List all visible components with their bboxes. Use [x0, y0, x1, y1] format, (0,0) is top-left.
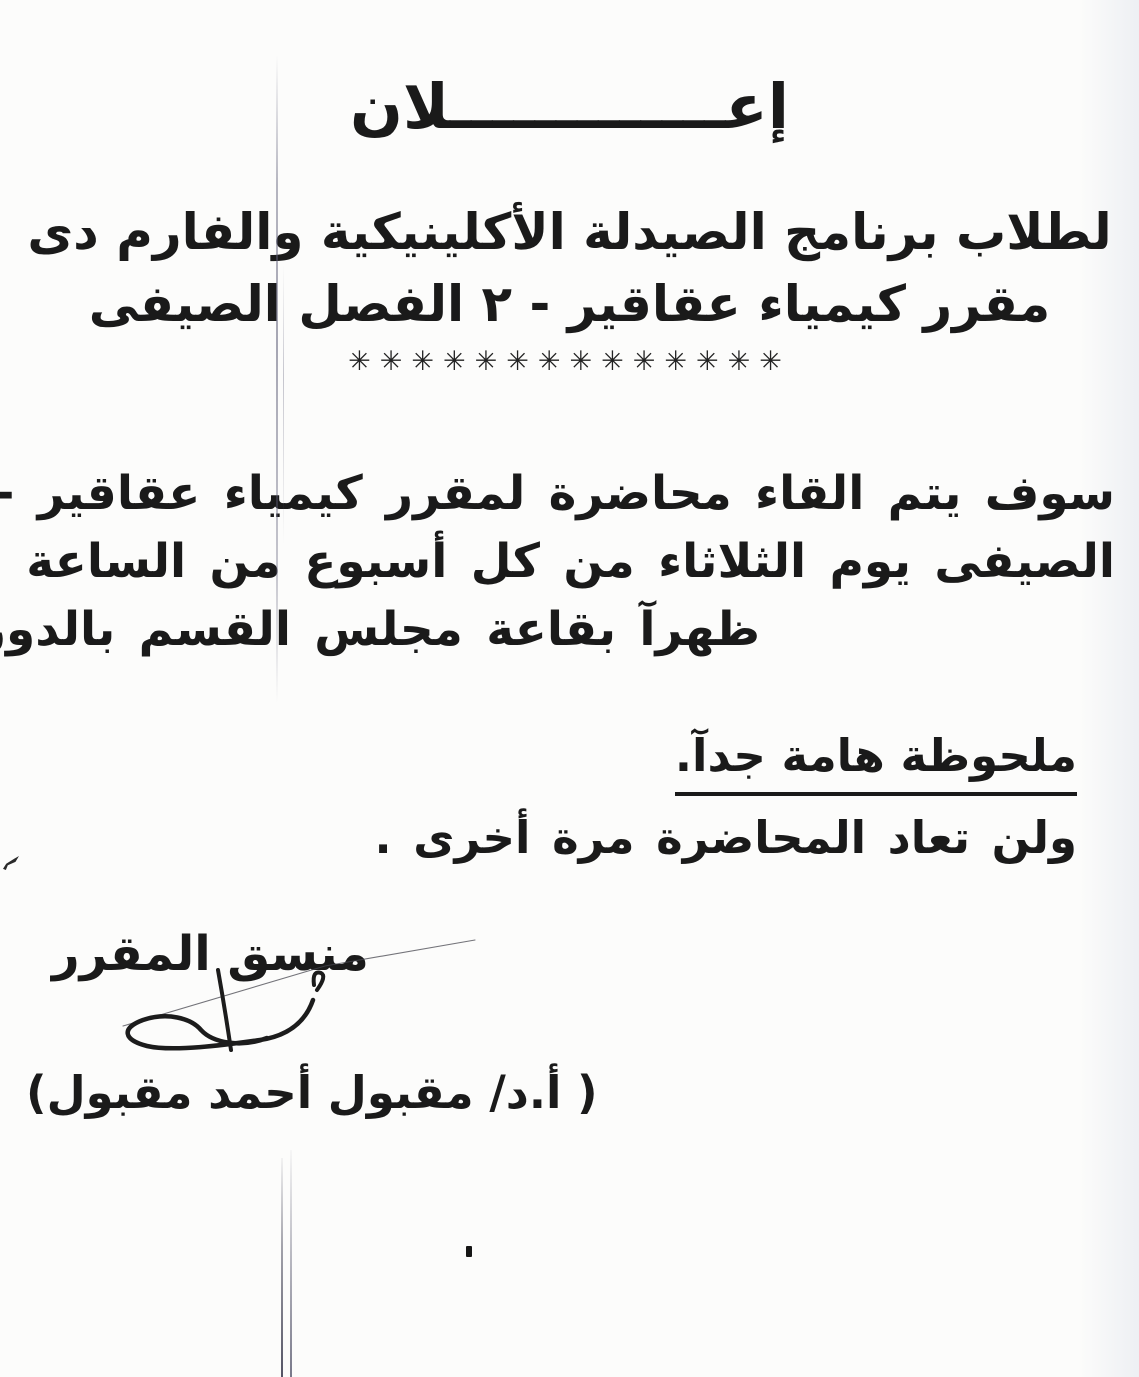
- announcement-header: لطلاب برنامج الصيدلة الأكلينيكية والفارم…: [0, 196, 1139, 340]
- header-line-audience: لطلاب برنامج الصيدلة الأكلينيكية والفارم…: [0, 196, 1139, 268]
- handwritten-signature: [55, 928, 495, 1083]
- left-edge-ink-mark: [3, 856, 19, 870]
- body-line-1: سوف يتم القاء محاضرة لمقرر كيمياء عقاقير…: [20, 460, 1115, 528]
- scan-fold-line-lower: [281, 1158, 283, 1377]
- note-heading: ملحوظة هامة جدآ.: [675, 726, 1077, 796]
- scan-fold-line-lower-secondary: [290, 1150, 292, 1377]
- important-note: ملحوظة هامة جدآ. ولن تعاد المحاضرة مرة أ…: [375, 726, 1077, 868]
- body-line-3: ظهرآ بقاعة مجلس القسم بالدور الثالث .: [20, 596, 760, 664]
- scan-fold-line-upper-secondary: [283, 265, 284, 545]
- scan-fold-line-upper: [276, 55, 278, 703]
- signature-name: ( أ.د/ مقبول أحمد مقبول): [26, 1066, 598, 1119]
- scanned-announcement-page: إعـــــــــــــلان لطلاب برنامج الصيدلة …: [0, 0, 1139, 1377]
- ink-speck: [466, 1246, 472, 1257]
- announcement-body: سوف يتم القاء محاضرة لمقرر كيمياء عقاقير…: [20, 460, 1115, 664]
- announcement-title: إعـــــــــــــلان: [0, 70, 1139, 143]
- header-line-course: مقرر كيمياء عقاقير - ٢ الفصل الصيفى: [0, 268, 1139, 340]
- asterisk-separator: ✳✳✳✳✳✳✳✳✳✳✳✳✳✳: [0, 346, 1139, 377]
- note-body: ولن تعاد المحاضرة مرة أخرى .: [375, 808, 1077, 868]
- body-line-2: الصيفى يوم الثلاثاء من كل أسبوع من الساع…: [20, 528, 1115, 596]
